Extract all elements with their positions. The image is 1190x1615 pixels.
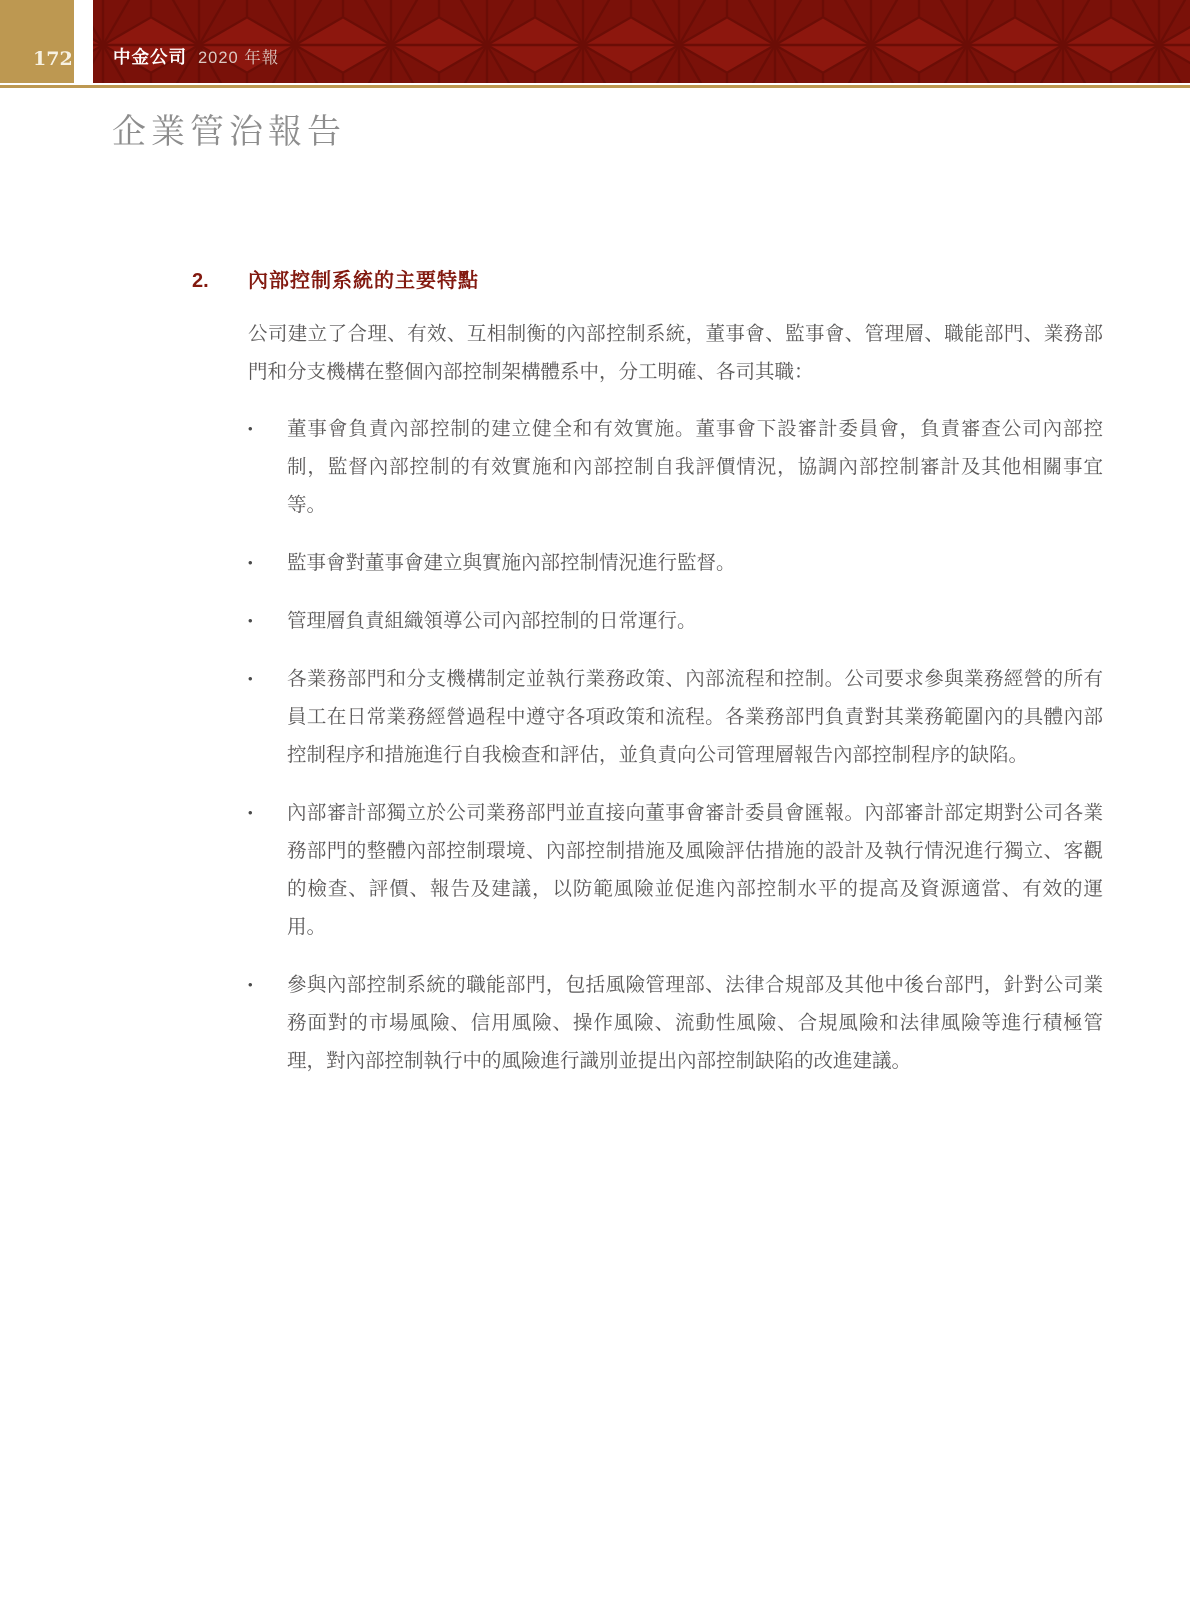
bullet-icon: •	[248, 794, 287, 946]
section-number: 2.	[192, 268, 248, 294]
bullet-text: 參與內部控制系統的職能部門，包括風險管理部、法律合規部及其他中後台部門，針對公司…	[287, 966, 1103, 1080]
section-heading: 內部控制系統的主要特點	[248, 268, 479, 294]
list-item: • 董事會負責內部控制的建立健全和有效實施。董事會下設審計委員會，負責審查公司內…	[248, 410, 1103, 524]
list-item: • 內部審計部獨立於公司業務部門並直接向董事會審計委員會匯報。內部審計部定期對公…	[248, 794, 1103, 946]
list-item: • 各業務部門和分支機構制定並執行業務政策、內部流程和控制。公司要求參與業務經營…	[248, 660, 1103, 774]
header-banner: 中金公司 2020 年報	[93, 0, 1190, 83]
banner-caption: 中金公司 2020 年報	[113, 44, 279, 69]
section-heading-row: 2. 內部控制系統的主要特點	[192, 268, 1103, 294]
list-item: • 管理層負責組織領導公司內部控制的日常運行。	[248, 602, 1103, 640]
report-content: 2. 內部控制系統的主要特點 公司建立了合理、有效、互相制衡的內部控制系統，董事…	[192, 268, 1103, 1080]
page-number: 172	[33, 48, 73, 70]
annual-report-page: 172	[0, 0, 1190, 1615]
bullet-text: 監事會對董事會建立與實施內部控制情況進行監督。	[287, 544, 1103, 582]
gold-divider	[0, 85, 1190, 88]
bullet-text: 董事會負責內部控制的建立健全和有效實施。董事會下設審計委員會，負責審查公司內部控…	[287, 410, 1103, 524]
asanoha-pattern-icon	[93, 0, 1190, 83]
bullet-text: 內部審計部獨立於公司業務部門並直接向董事會審計委員會匯報。內部審計部定期對公司各…	[287, 794, 1103, 946]
bullet-icon: •	[248, 966, 287, 1080]
list-item: • 監事會對董事會建立與實施內部控制情況進行監督。	[248, 544, 1103, 582]
page-number-badge: 172	[0, 0, 74, 83]
bullet-text: 管理層負責組織領導公司內部控制的日常運行。	[287, 602, 1103, 640]
report-edition: 2020 年報	[198, 44, 279, 68]
bullet-icon: •	[248, 544, 287, 582]
bullet-text: 各業務部門和分支機構制定並執行業務政策、內部流程和控制。公司要求參與業務經營的所…	[287, 660, 1103, 774]
page-title: 企業管治報告	[112, 104, 346, 153]
company-name: 中金公司	[113, 44, 187, 69]
list-item: • 參與內部控制系統的職能部門，包括風險管理部、法律合規部及其他中後台部門，針對…	[248, 966, 1103, 1080]
bullet-icon: •	[248, 602, 287, 640]
bullet-icon: •	[248, 410, 287, 524]
bullet-icon: •	[248, 660, 287, 774]
bullet-list: • 董事會負責內部控制的建立健全和有效實施。董事會下設審計委員會，負責審查公司內…	[248, 410, 1103, 1080]
section-intro-paragraph: 公司建立了合理、有效、互相制衡的內部控制系統，董事會、監事會、管理層、職能部門、…	[248, 315, 1103, 391]
